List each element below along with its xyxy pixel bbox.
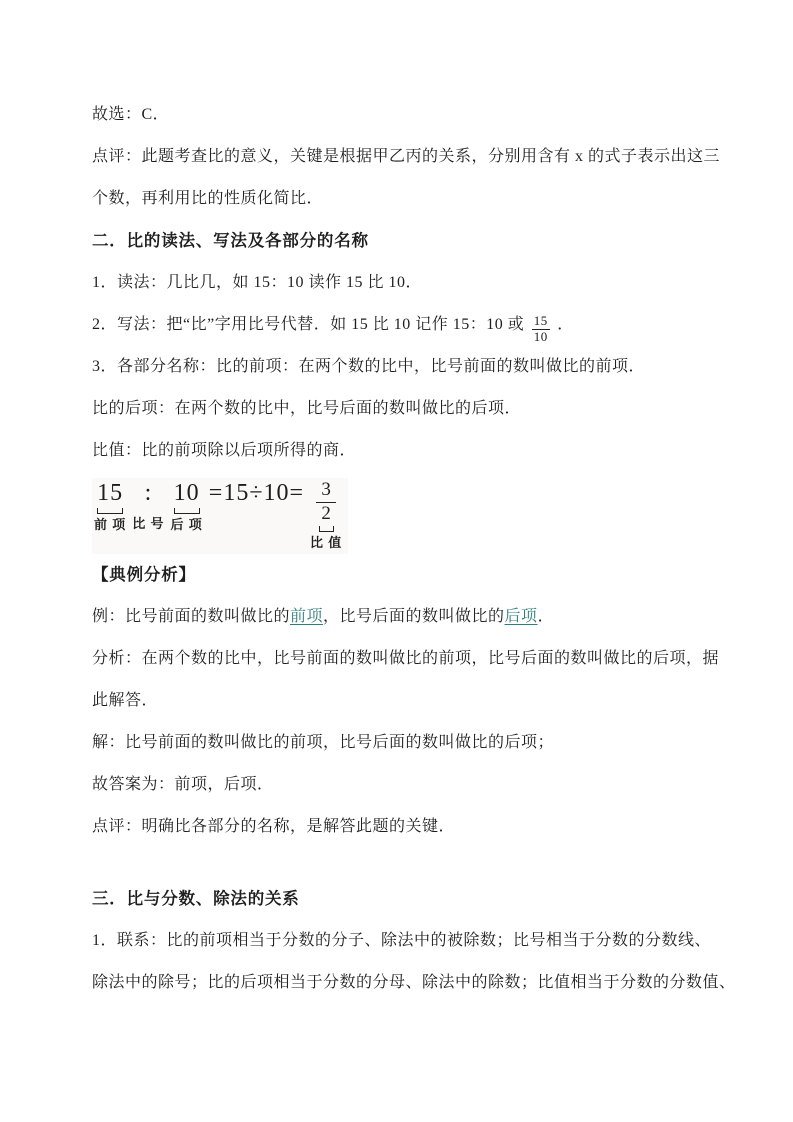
section3-heading: 三．比与分数、除法的关系 <box>92 878 713 920</box>
fraction-numerator: 15 <box>532 314 550 330</box>
ratio-value-column: 3 2 比 值 <box>310 480 342 550</box>
item-reading: 1．读法：几比几，如 15：10 读作 15 比 10． <box>92 262 713 304</box>
ratio-colon: : <box>145 480 153 506</box>
value-denominator: 2 <box>321 504 331 524</box>
equation-middle: =15÷10= <box>209 480 304 506</box>
para-chosen-answer: 故选：C． <box>92 94 713 136</box>
value-numerator: 3 <box>321 480 331 500</box>
document-page: 故选：C． 点评：此题考查比的意义，关键是根据甲乙丙的关系，分别用含有 x 的式… <box>0 0 793 1122</box>
example-text-2: ，比号后面的数叫做比的 <box>323 608 505 625</box>
example-text-1: 例：比号前面的数叫做比的 <box>92 608 290 625</box>
term-link-back[interactable]: 后项 <box>505 608 538 625</box>
front-term-column: 15 前 项 <box>94 480 126 532</box>
example-analysis-heading: 【典例分析】 <box>92 554 713 596</box>
para-comment2: 点评：明确比各部分的名称，是解答此题的关键． <box>92 806 713 848</box>
example-line: 例：比号前面的数叫做比的前项，比号后面的数叫做比的后项． <box>92 596 713 638</box>
term-link-front[interactable]: 前项 <box>290 608 323 625</box>
analysis-line1: 分析：在两个数的比中，比号前面的数叫做比的前项，比号后面的数叫做比的后项，据 <box>92 638 713 680</box>
solution-line: 解：比号前面的数叫做比的前项，比号后面的数叫做比的后项； <box>92 722 713 764</box>
back-term-column: 10 后 项 <box>171 480 203 532</box>
ratio-parts-formula-image: 15 前 项 : 比 号 10 后 项 =15÷10= 3 2 比 值 <box>92 478 348 554</box>
example-text-3: ． <box>538 608 555 625</box>
underbrace <box>97 508 123 514</box>
fraction-denominator: 10 <box>532 330 550 345</box>
line-ratio-value-def: 比值：比的前项除以后项所得的商． <box>92 430 713 472</box>
item-writing: 2．写法：把“比”字用比号代替．如 15 比 10 记作 15：10 或 15 … <box>92 304 713 346</box>
document-content: 故选：C． 点评：此题考查比的意义，关键是根据甲乙丙的关系，分别用含有 x 的式… <box>92 94 713 1004</box>
ratio-value-label: 比 值 <box>310 535 342 550</box>
front-term-number: 15 <box>97 480 123 506</box>
relation-line2: 除法中的除号；比的后项相当于分数的分母、除法中的除数；比值相当于分数的分数值、 <box>92 962 713 1004</box>
underbrace <box>319 526 334 532</box>
section-gap <box>92 848 713 878</box>
item-parts-name: 3．各部分名称：比的前项：在两个数的比中，比号前面的数叫做比的前项． <box>92 346 713 388</box>
analysis-line2: 此解答． <box>92 680 713 722</box>
back-term-label: 后 项 <box>171 517 203 532</box>
answer-line: 故答案为：前项，后项． <box>92 764 713 806</box>
colon-label: 比 号 <box>132 516 164 531</box>
inline-fraction-15-10: 15 10 <box>532 314 550 345</box>
item-writing-period: ． <box>557 316 574 333</box>
back-term-number: 10 <box>174 480 200 506</box>
colon-column: : 比 号 <box>132 480 164 531</box>
relation-line1: 1．联系：比的前项相当于分数的分子、除法中的被除数；比号相当于分数的分数线、 <box>92 920 713 962</box>
line-back-term-def: 比的后项：在两个数的比中，比号后面的数叫做比的后项． <box>92 388 713 430</box>
para-comment1-line1: 点评：此题考查比的意义，关键是根据甲乙丙的关系，分别用含有 x 的式子表示出这三 <box>92 136 713 178</box>
para-comment1-line2: 个数，再利用比的性质化简比． <box>92 178 713 220</box>
section2-heading: 二．比的读法、写法及各部分的名称 <box>92 220 713 262</box>
underbrace <box>174 508 200 514</box>
front-term-label: 前 项 <box>94 517 126 532</box>
item-writing-text: 2．写法：把“比”字用比号代替．如 15 比 10 记作 15：10 或 <box>92 316 524 333</box>
